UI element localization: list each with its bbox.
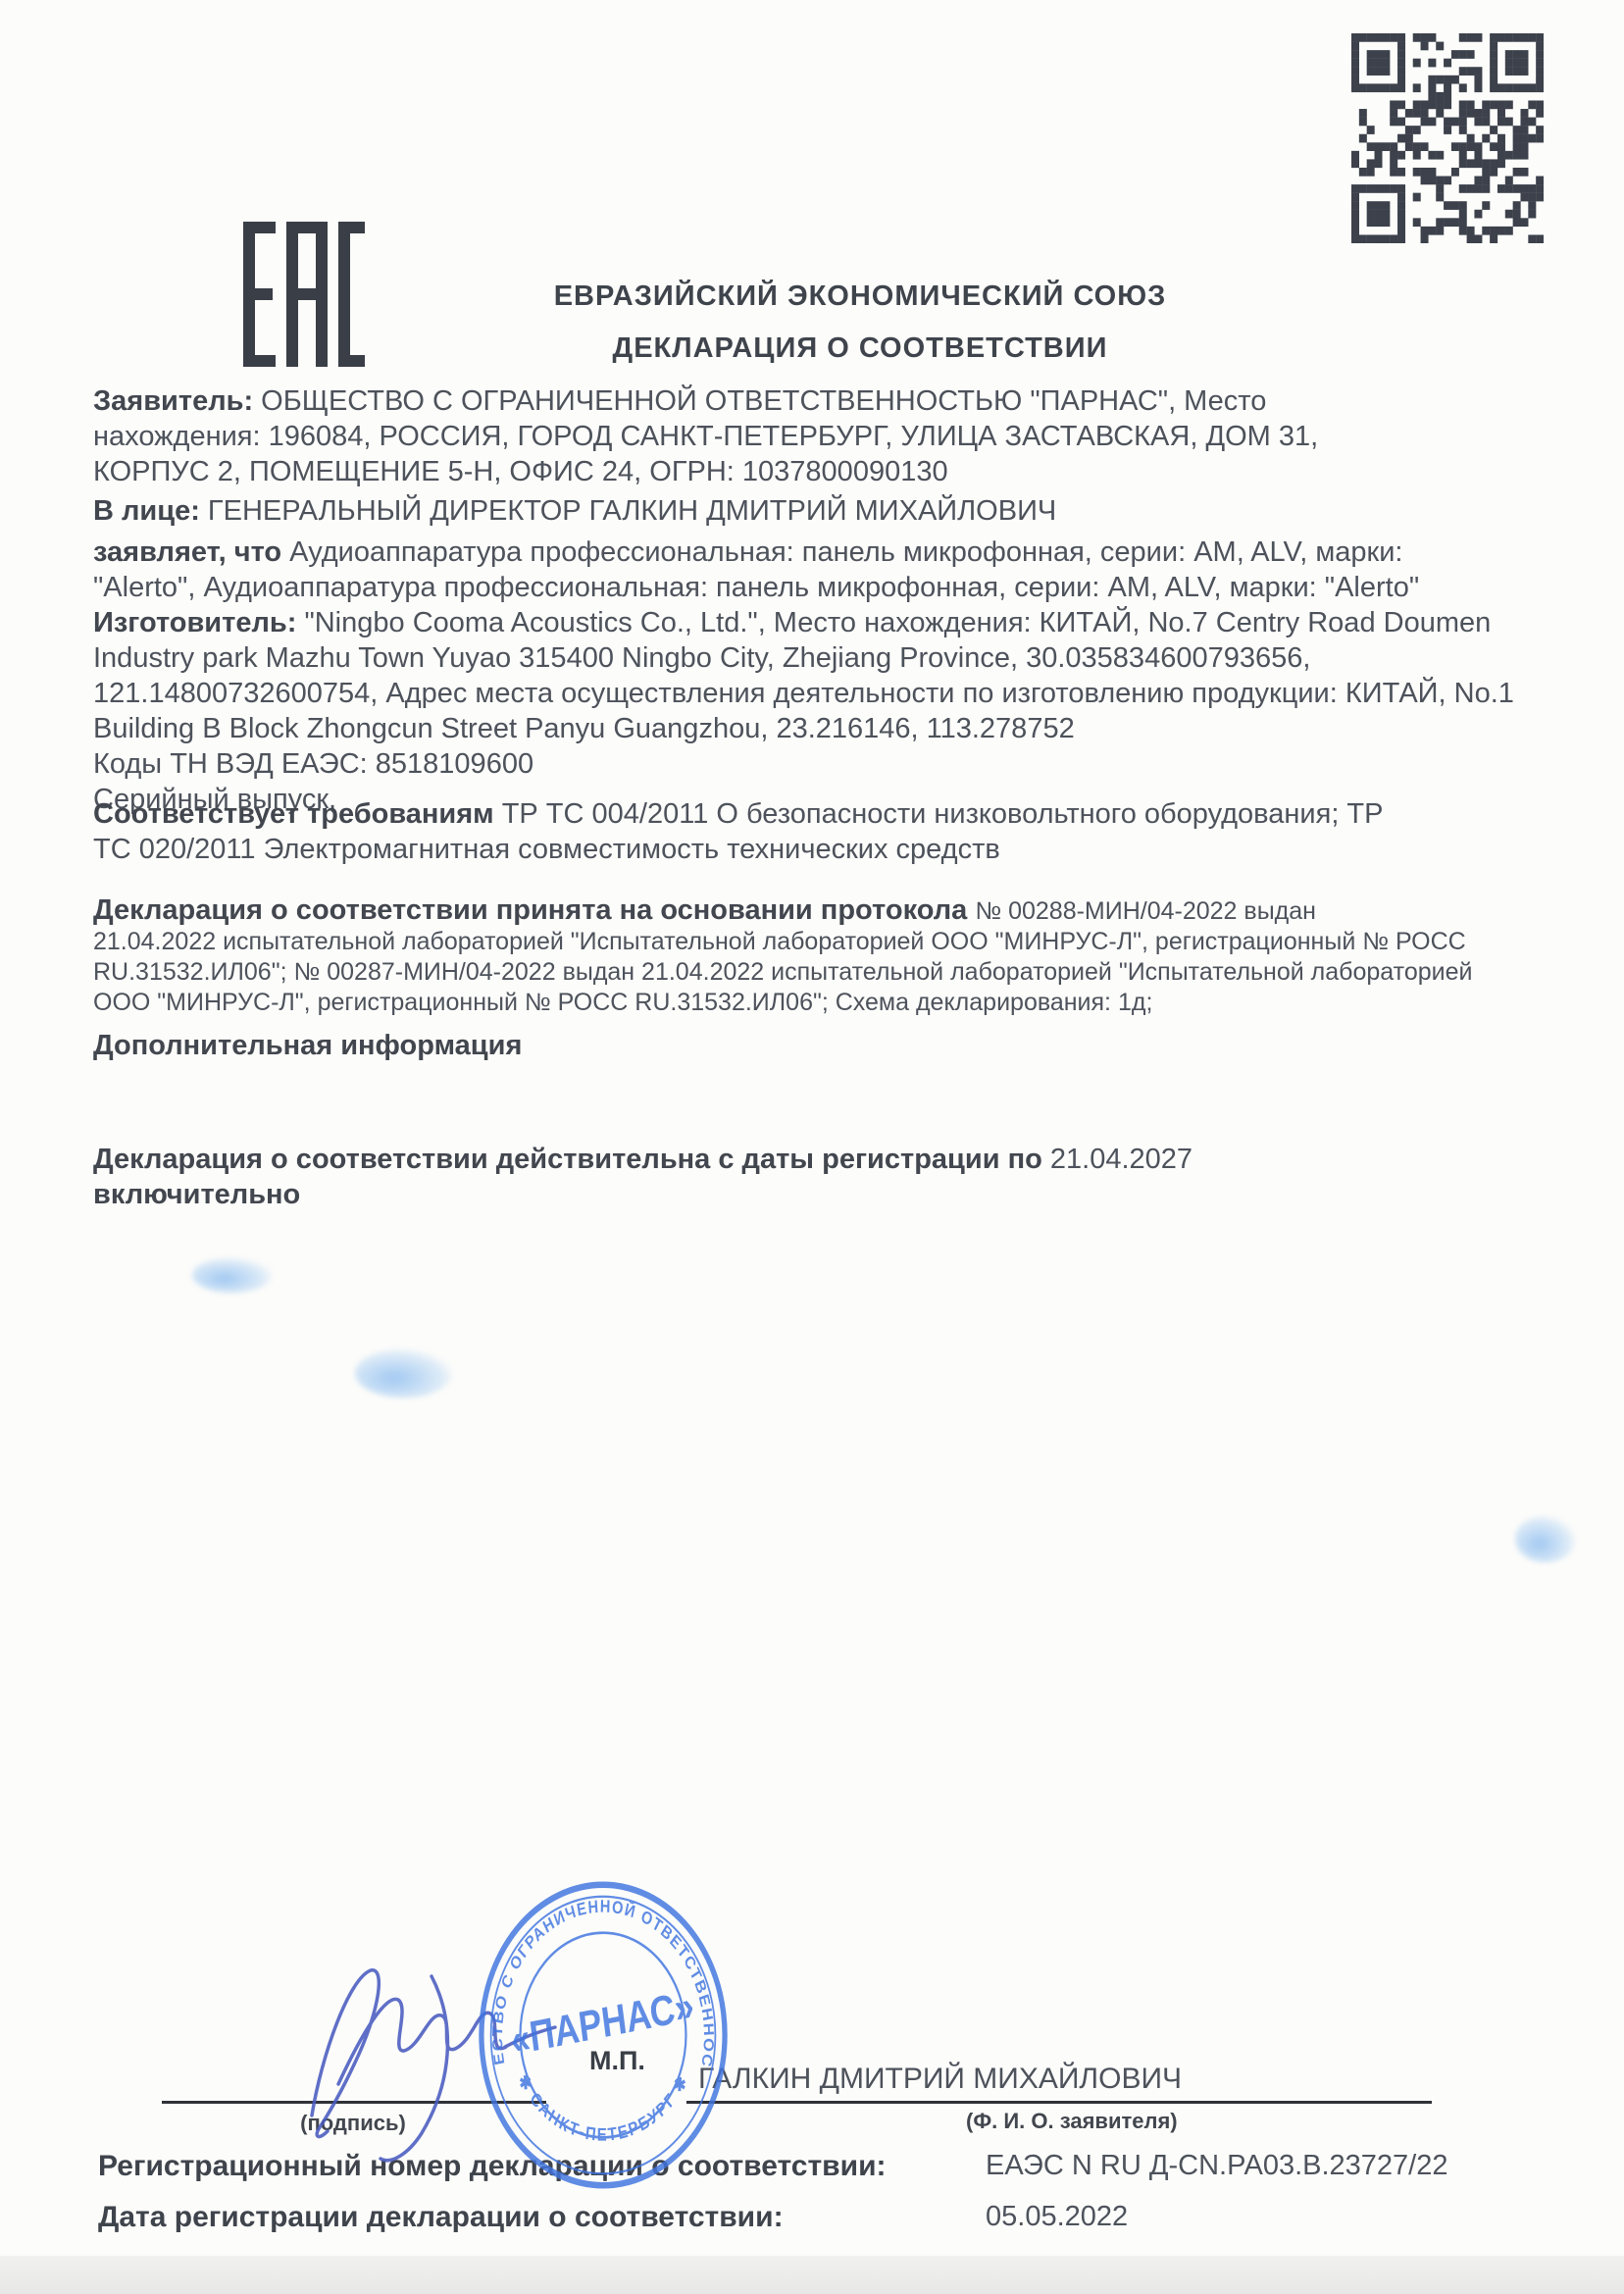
union-title: ЕВРАЗИЙСКИЙ ЭКОНОМИЧЕСКИЙ СОЮЗ xyxy=(554,280,1167,313)
paragraph-complies: Соответствует требованиям ТР ТС 004/2011… xyxy=(93,796,1545,867)
scan-edge-band xyxy=(0,2256,1624,2294)
paragraph-declares: заявляет, что Аудиоаппаратура профессион… xyxy=(93,535,1545,817)
fio-line xyxy=(686,2101,1432,2104)
registration-number-value: ЕАЭС N RU Д-CN.РА03.В.23727/22 xyxy=(986,2150,1448,2182)
paragraph-validity: Декларация о соответствии действительна … xyxy=(93,1142,1545,1212)
company-stamp: ОБЩЕСТВО С ОГРАНИЧЕННОЙ ОТВЕТСТВЕННОСТЬЮ… xyxy=(474,1875,733,2195)
paragraph-applicant: Заявитель: ОБЩЕСТВО С ОГРАНИЧЕННОЙ ОТВЕТ… xyxy=(93,383,1545,489)
fio-caption: (Ф. И. О. заявителя) xyxy=(966,2109,1178,2134)
eac-logo xyxy=(243,222,365,367)
scan-smudge xyxy=(192,1257,273,1293)
declaration-document: ЕВРАЗИЙСКИЙ ЭКОНОМИЧЕСКИЙ СОЮЗ ДЕКЛАРАЦИ… xyxy=(0,0,1624,2294)
stamp-center-text: «ПАРНАС» xyxy=(508,1982,696,2065)
paragraph-person: В лице: ГЕНЕРАЛЬНЫЙ ДИРЕКТОР ГАЛКИН ДМИТ… xyxy=(93,493,1545,529)
svg-text:✱ САНКТ-ПЕТЕРБУРГ ✱: ✱ САНКТ-ПЕТЕРБУРГ ✱ xyxy=(515,2070,691,2145)
paragraph-additional-info: Дополнительная информация xyxy=(93,1028,1545,1063)
qr-code xyxy=(1351,33,1544,243)
paragraph-protocol: Декларация о соответствии принята на осн… xyxy=(93,895,1545,1017)
scan-smudge xyxy=(355,1349,453,1398)
applicant-name: ГАЛКИН ДМИТРИЙ МИХАЙЛОВИЧ xyxy=(698,2063,1182,2096)
scan-smudge xyxy=(1515,1515,1576,1562)
registration-date-label: Дата регистрации декларации о соответств… xyxy=(98,2201,784,2234)
stamp-bottom-text: ✱ САНКТ-ПЕТЕРБУРГ ✱ xyxy=(515,2070,691,2145)
registration-date-value: 05.05.2022 xyxy=(986,2201,1128,2233)
document-title: ДЕКЛАРАЦИЯ О СООТВЕТСТВИИ xyxy=(613,332,1108,365)
